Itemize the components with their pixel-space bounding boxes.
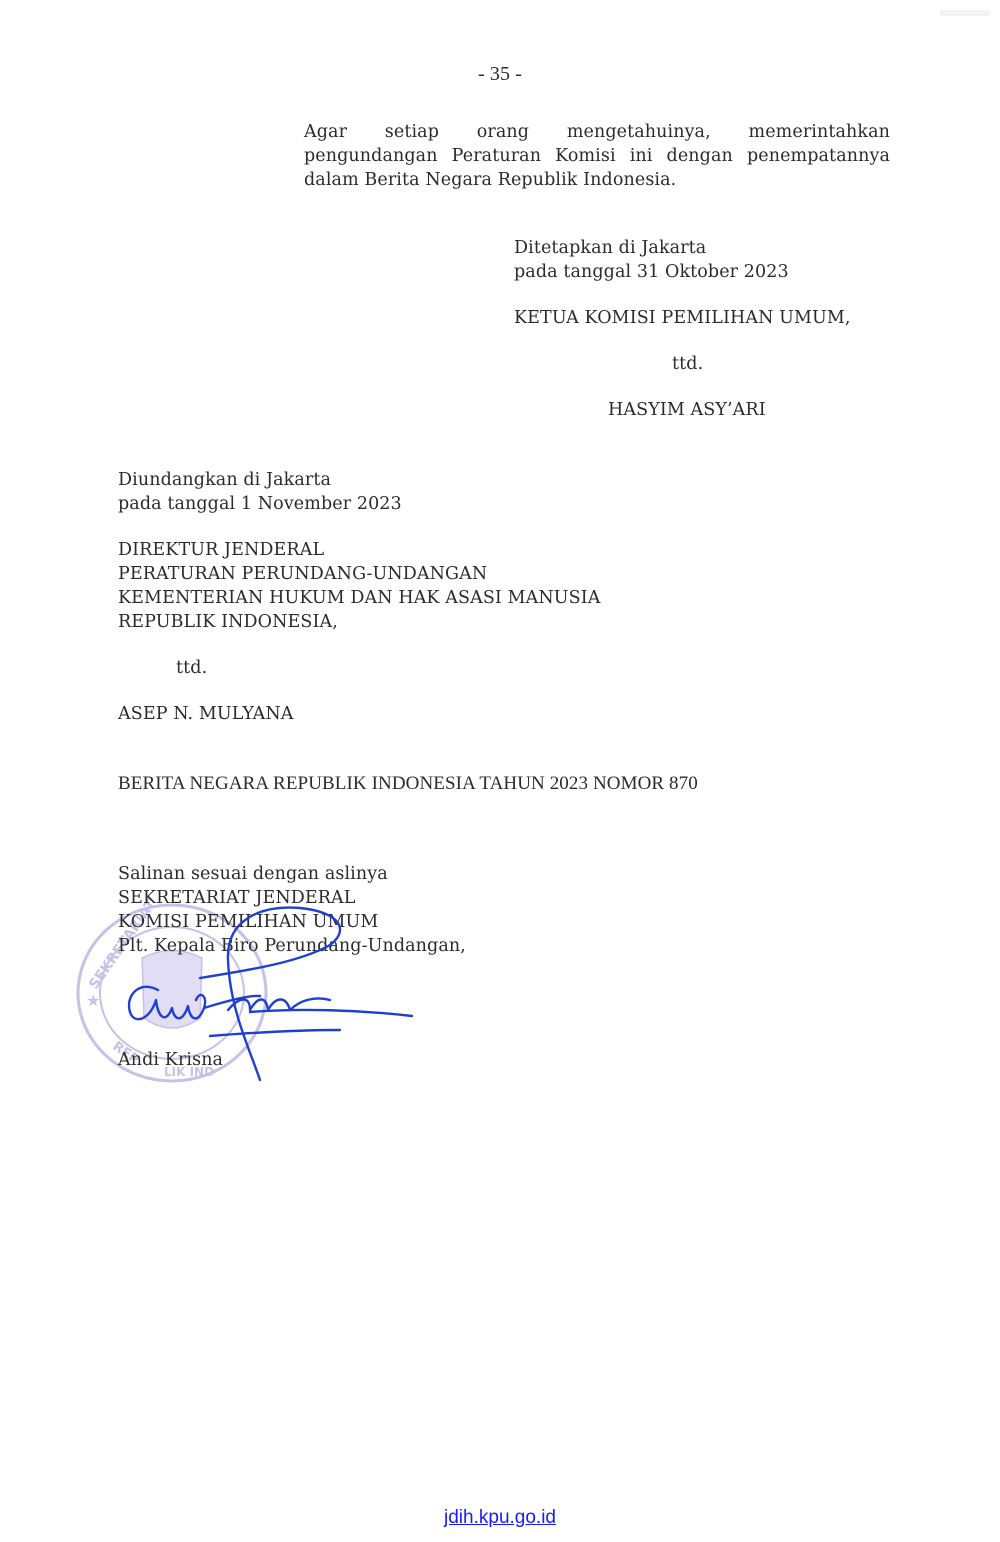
promulgation-block: Diundangkan di Jakarta pada tanggal 1 No…	[118, 468, 600, 726]
paragraph-line: pengundangan Peraturan Komisi ini dengan…	[304, 144, 890, 168]
promulgation-signatory-name: ASEP N. MULYANA	[118, 702, 600, 726]
enactment-signed: ttd.	[514, 352, 851, 376]
promulgation-office-line: KEMENTERIAN HUKUM DAN HAK ASASI MANUSIA	[118, 586, 600, 610]
certified-copy-line: Salinan sesuai dengan aslinya	[118, 862, 466, 886]
handwritten-signature-icon	[100, 900, 430, 1100]
footer-link[interactable]: jdih.kpu.go.id	[0, 1507, 1000, 1529]
promulgation-signed: ttd.	[118, 656, 600, 680]
enactment-office: KETUA KOMISI PEMILIHAN UMUM,	[514, 306, 851, 330]
enactment-block: Ditetapkan di Jakarta pada tanggal 31 Ok…	[514, 236, 851, 422]
scan-artifact	[940, 10, 990, 16]
page-number: - 35 -	[0, 62, 1000, 86]
enactment-date: pada tanggal 31 Oktober 2023	[514, 260, 851, 284]
enactment-place: Ditetapkan di Jakarta	[514, 236, 851, 260]
paragraph-line: Agar setiap orang mengetahuinya, memerin…	[304, 120, 890, 144]
promulgation-office-line: DIREKTUR JENDERAL	[118, 538, 600, 562]
promulgation-place: Diundangkan di Jakarta	[118, 468, 600, 492]
promulgation-office-line: REPUBLIK INDONESIA,	[118, 610, 600, 634]
enactment-signatory-name: HASYIM ASY’ARI	[514, 398, 851, 422]
svg-text:★: ★	[86, 991, 100, 1010]
promulgation-office-line: PERATURAN PERUNDANG-UNDANGAN	[118, 562, 600, 586]
gazette-reference: BERITA NEGARA REPUBLIK INDONESIA TAHUN 2…	[118, 772, 698, 796]
paragraph-line: dalam Berita Negara Republik Indonesia.	[304, 168, 890, 192]
jdih-kpu-link[interactable]: jdih.kpu.go.id	[444, 1507, 556, 1528]
closing-paragraph: Agar setiap orang mengetahuinya, memerin…	[304, 120, 890, 192]
promulgation-date: pada tanggal 1 November 2023	[118, 492, 600, 516]
